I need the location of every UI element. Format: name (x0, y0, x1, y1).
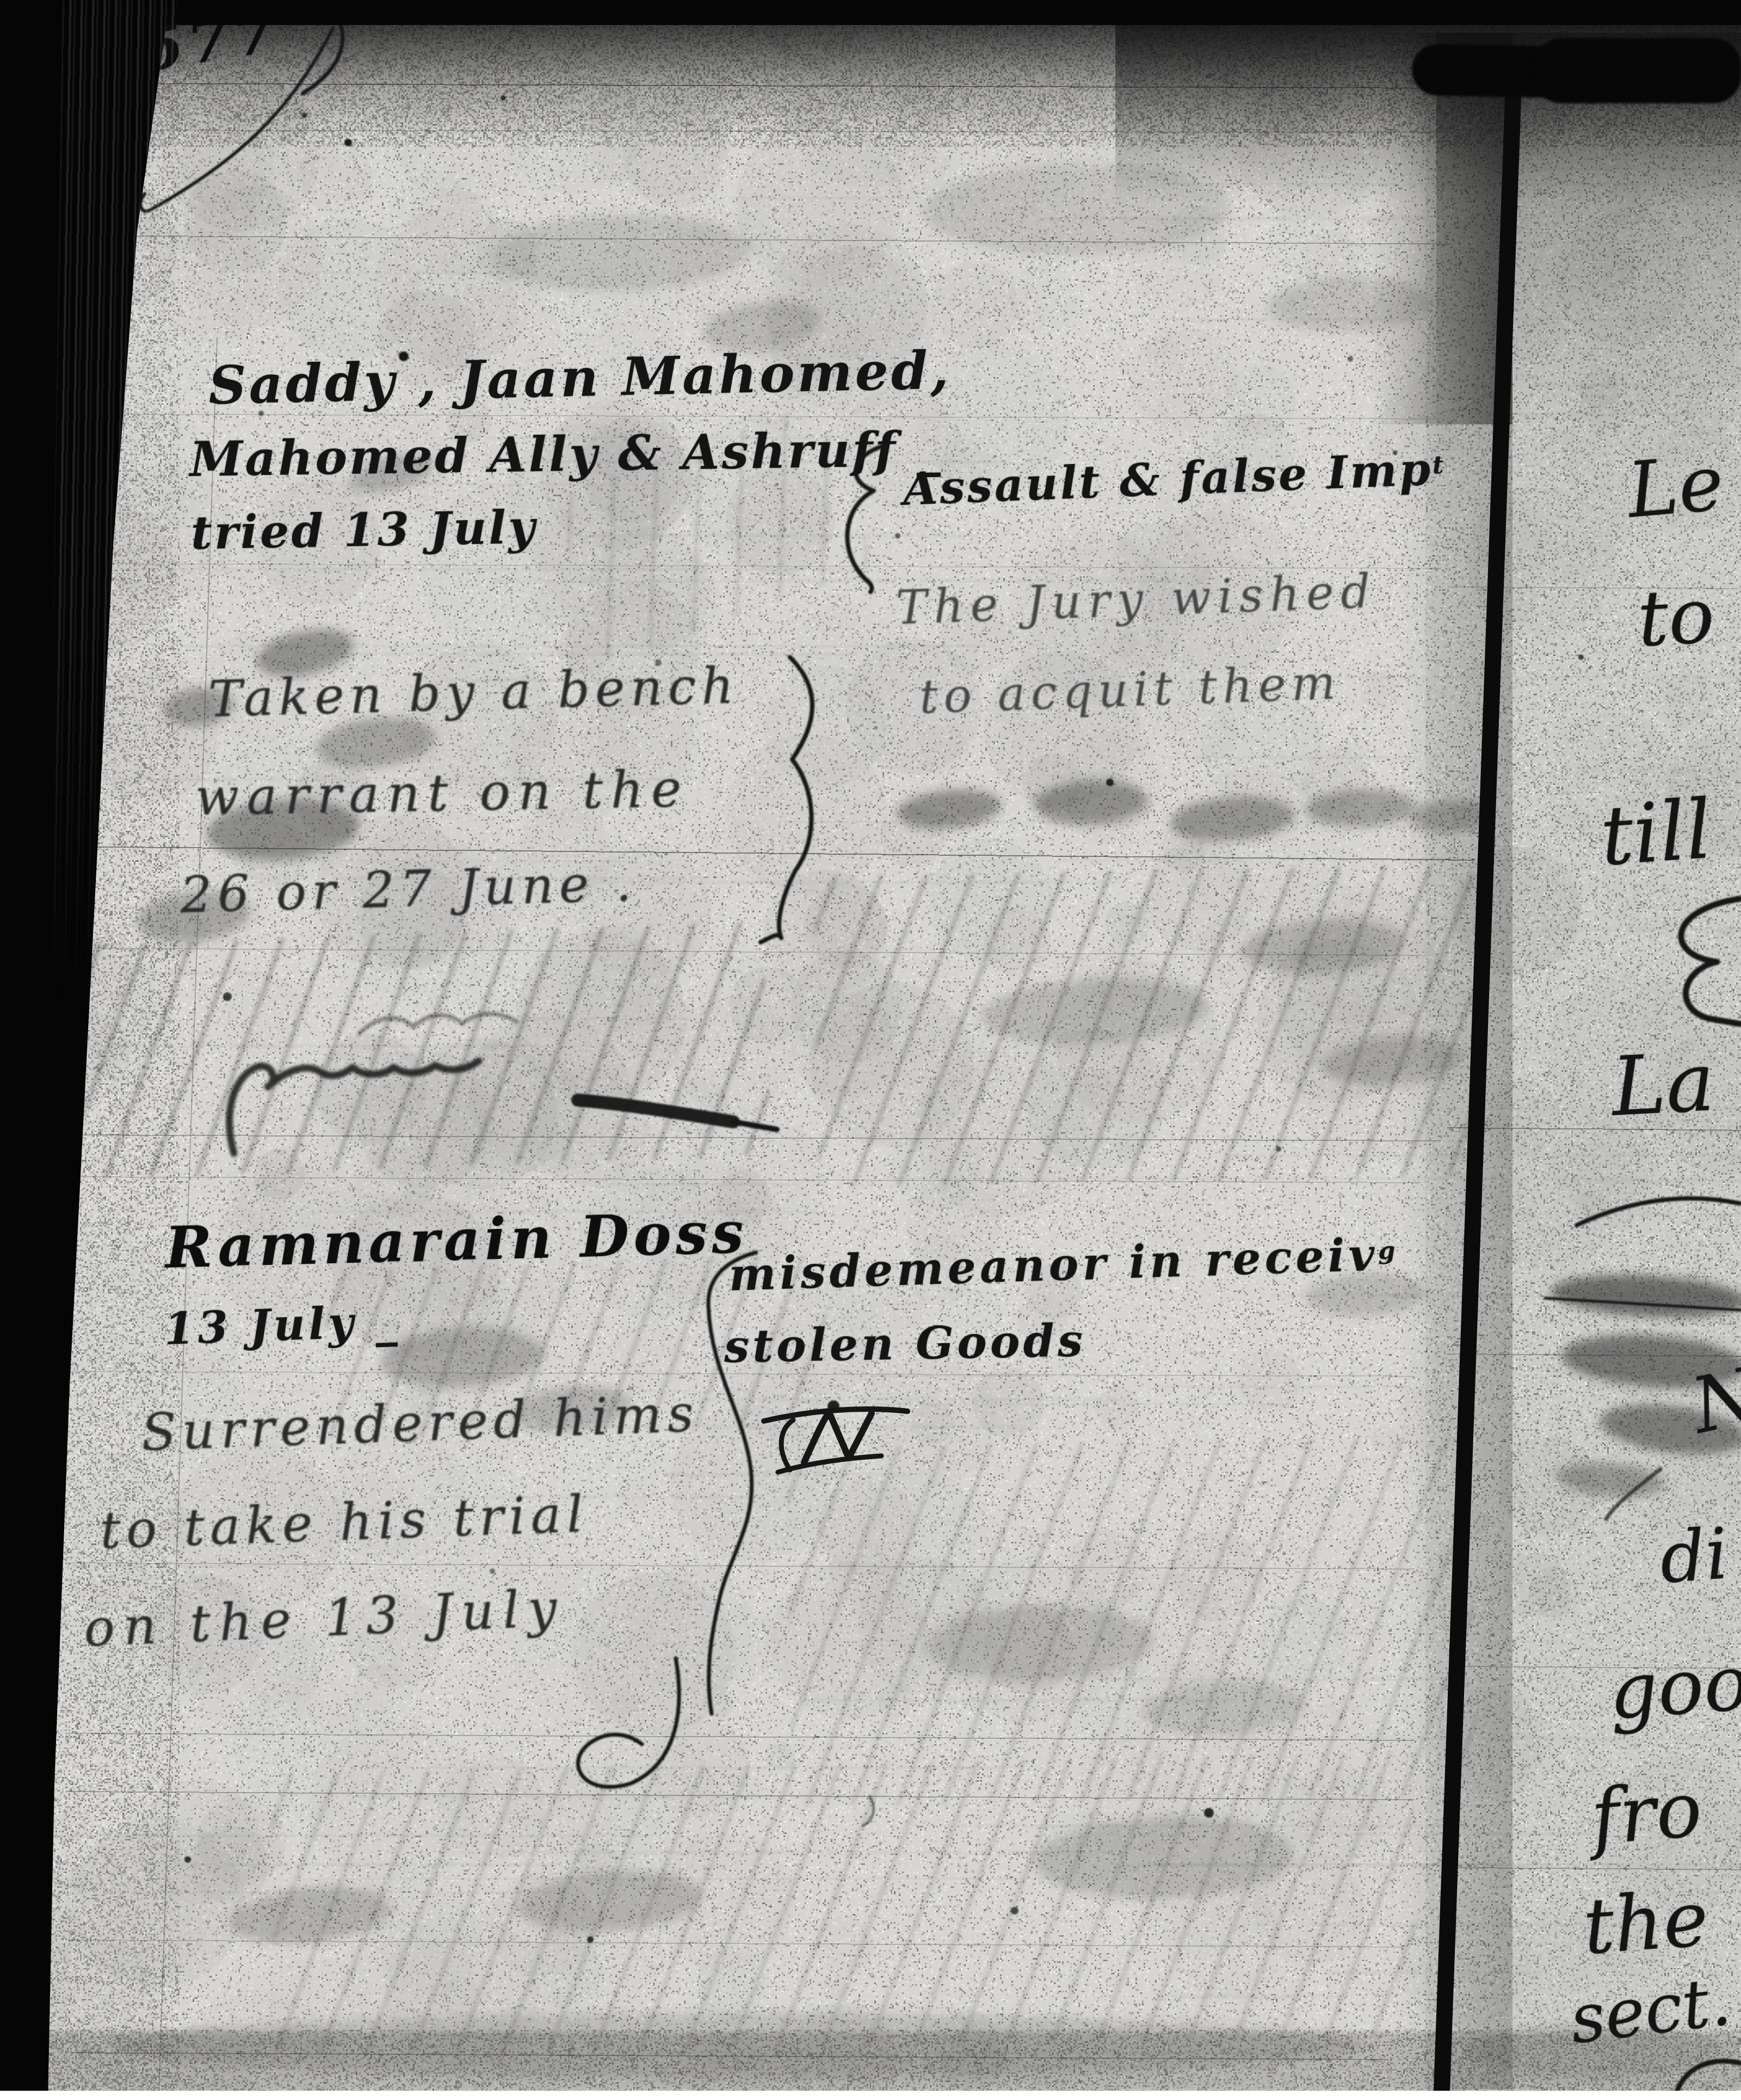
scanned-register-page: 577 Saddy , Jaan Mahomed, Mahomed Ally &… (0, 0, 1741, 2100)
entry1-charge-brace (847, 445, 886, 592)
right-page-strike-line (1545, 1298, 1741, 1310)
scan-border-top (0, 0, 1741, 25)
entry1-note-brace (761, 657, 812, 942)
crossed-out-mark-strike-bottom (778, 1456, 881, 1472)
right-page-s-flourish (1681, 899, 1740, 1024)
top-right-ink-blob (1534, 38, 1741, 103)
july-descender-loop (578, 1658, 680, 1787)
crossed-out-mark-curl (781, 1420, 793, 1470)
heavy-ink-dash-tail (733, 1122, 777, 1129)
right-page-curve-stroke (1577, 1199, 1740, 1225)
heavy-ink-dash (578, 1100, 733, 1122)
right-page-hook-stroke (1606, 1469, 1660, 1519)
crossed-out-mark-strike-top (764, 1409, 907, 1421)
scan-margin-bottom (0, 2091, 1741, 2100)
crossed-out-mark-zigzag (804, 1412, 872, 1462)
show-through-ghost-word (230, 1061, 479, 1153)
entry2-long-brace (708, 1252, 756, 1714)
small-tick-stroke (863, 1796, 874, 1826)
show-through-ghost-squiggle (359, 1014, 517, 1034)
